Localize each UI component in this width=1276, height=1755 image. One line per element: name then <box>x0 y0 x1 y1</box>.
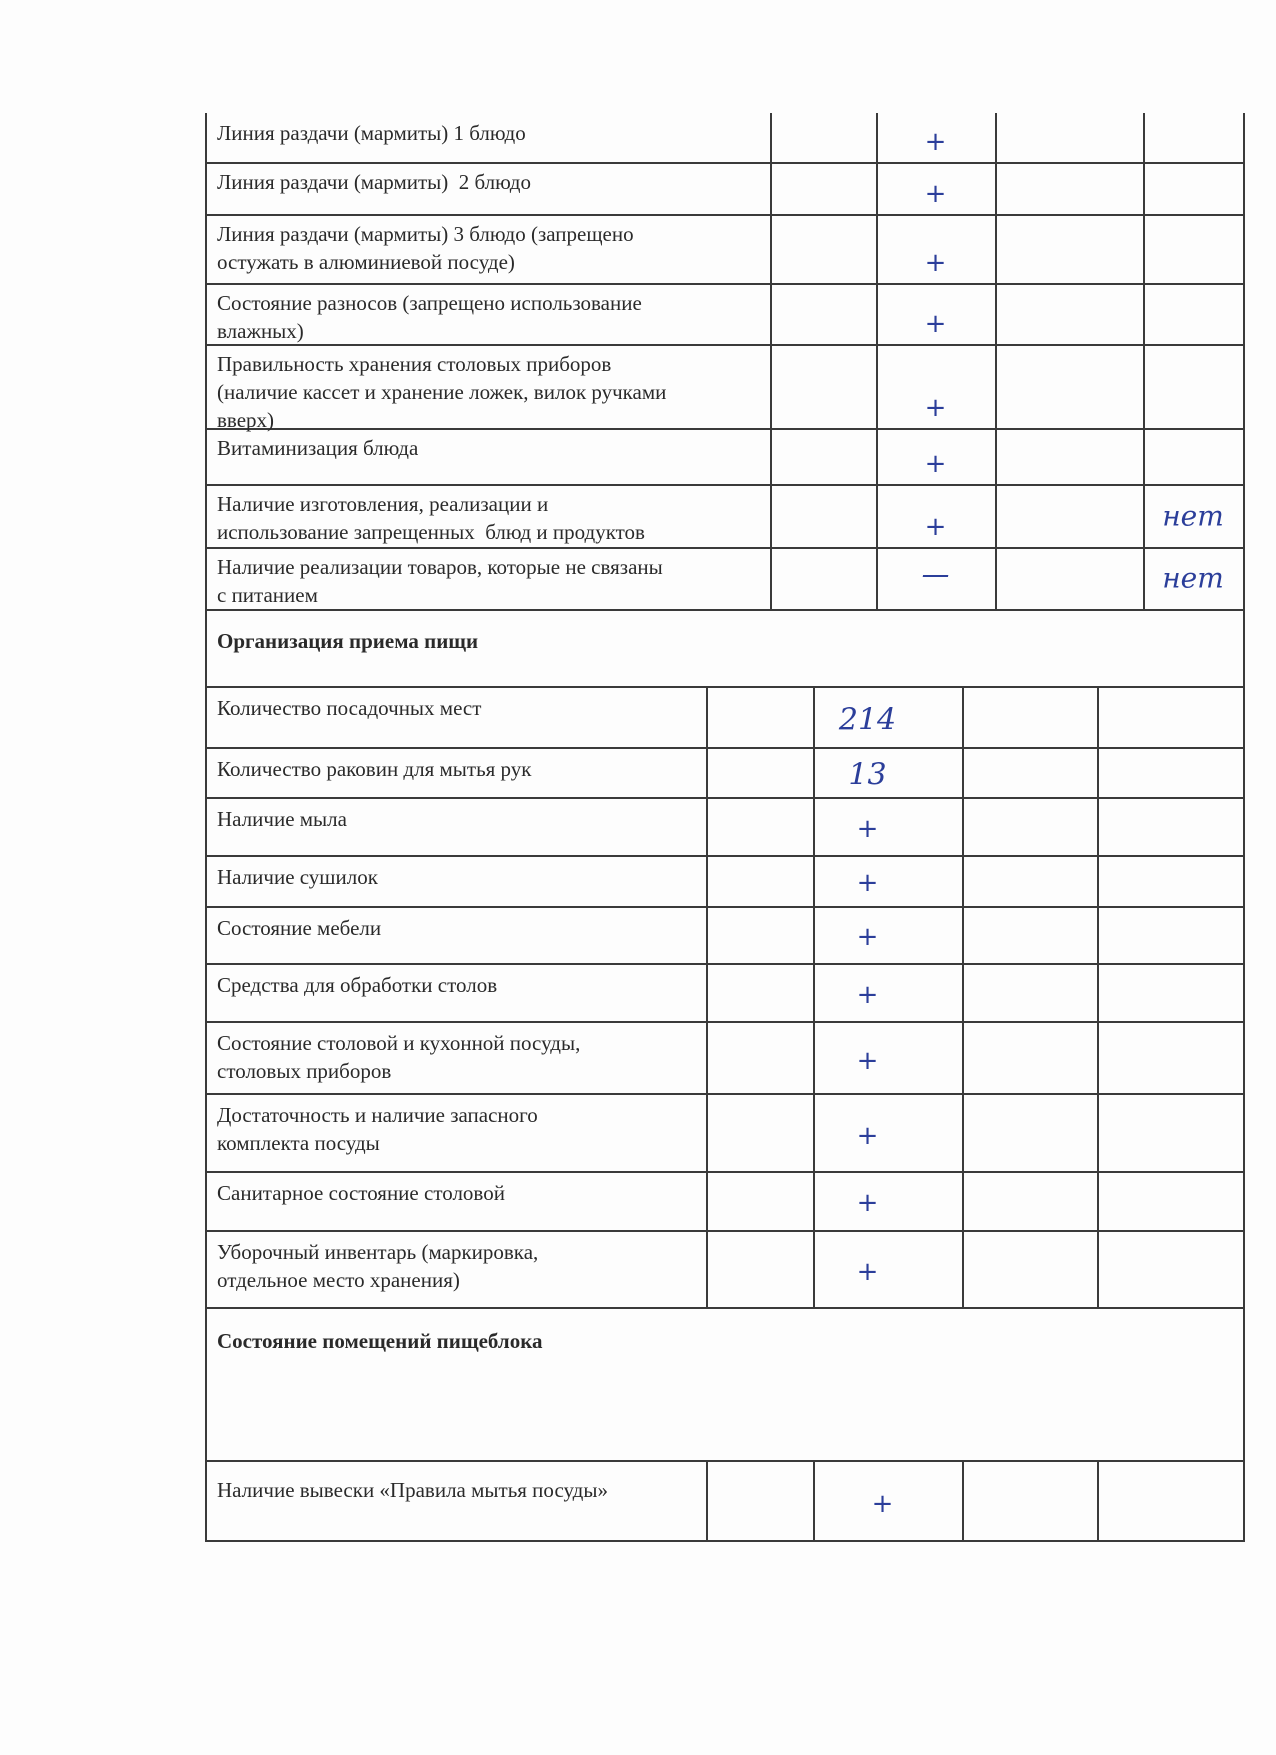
table-border <box>876 162 878 216</box>
row-label: Линия раздачи (мармиты) 2 блюдо <box>217 168 531 196</box>
table-border <box>205 1307 207 1462</box>
table-border <box>1143 214 1145 285</box>
table-border <box>1143 484 1145 549</box>
table-border <box>205 906 207 965</box>
table-border <box>205 1171 1245 1173</box>
table-border <box>962 1021 964 1095</box>
table-border <box>876 113 878 117</box>
table-border <box>205 1230 207 1309</box>
row-label: Количество посадочных мест <box>217 694 481 722</box>
table-border <box>770 214 772 285</box>
table-border <box>205 1230 1245 1232</box>
handwritten-plus-mark: + <box>925 309 947 339</box>
section-title: Состояние помещений пищеблока <box>217 1327 542 1355</box>
table-border <box>706 906 708 965</box>
table-border <box>205 547 1245 549</box>
table-border <box>205 214 1245 216</box>
table-border <box>205 1093 1245 1095</box>
table-border <box>205 1540 1245 1542</box>
table-border <box>205 484 1245 486</box>
table-border <box>205 1460 207 1542</box>
table-border <box>876 484 878 549</box>
table-border <box>995 162 997 216</box>
handwritten-plus-mark: + <box>872 1489 894 1519</box>
table-border <box>205 963 207 1023</box>
table-border <box>813 1093 815 1173</box>
table-border <box>770 113 772 117</box>
section-title: Организация приема пищи <box>217 627 478 655</box>
table-border <box>205 113 207 164</box>
table-border <box>876 428 878 486</box>
table-border <box>770 113 772 164</box>
handwritten-plus-mark: + <box>857 1046 879 1076</box>
table-border <box>1097 686 1099 749</box>
table-border <box>876 283 878 346</box>
handwritten-plus-mark: + <box>925 449 947 479</box>
table-border <box>1143 162 1145 216</box>
table-border <box>770 344 772 430</box>
table-border <box>995 344 997 430</box>
row-label: Наличие реализации товаров, которые не с… <box>217 553 663 609</box>
row-label: Наличие изготовления, реализации и испол… <box>217 490 645 546</box>
table-border <box>205 162 1245 164</box>
table-border <box>1243 162 1245 216</box>
table-border <box>205 428 207 486</box>
handwritten-plus-mark: + <box>925 179 947 209</box>
row-label: Линия раздачи (мармиты) 1 блюдо <box>217 119 526 147</box>
table-border <box>962 686 964 749</box>
table-border <box>706 1021 708 1095</box>
table-border <box>813 1171 815 1232</box>
table-border <box>1243 747 1245 799</box>
table-border <box>1097 855 1099 908</box>
table-border <box>205 113 207 117</box>
table-border <box>962 855 964 908</box>
row-label: Состояние столовой и кухонной посуды, ст… <box>217 1029 580 1085</box>
table-border <box>1243 283 1245 346</box>
row-label: Витаминизация блюда <box>217 434 418 462</box>
table-border <box>876 547 878 611</box>
table-border <box>876 344 878 430</box>
table-border <box>205 1021 1245 1023</box>
table-border <box>706 797 708 857</box>
table-border <box>770 484 772 549</box>
table-border <box>1243 609 1245 688</box>
table-border <box>1243 484 1245 549</box>
handwritten-number: 214 <box>839 702 896 737</box>
table-border <box>1243 113 1245 117</box>
row-label: Наличие вывески «Правила мытья посуды» <box>217 1476 608 1504</box>
table-border <box>770 428 772 486</box>
table-border <box>205 609 1245 611</box>
table-border <box>205 283 1245 285</box>
table-border <box>205 214 207 285</box>
table-border <box>205 547 207 611</box>
table-border <box>770 162 772 216</box>
table-border <box>1243 547 1245 611</box>
table-border <box>995 113 997 164</box>
table-border <box>706 1093 708 1173</box>
table-border <box>813 686 815 749</box>
table-border <box>1243 214 1245 285</box>
table-border <box>962 797 964 857</box>
table-border <box>813 747 815 799</box>
table-border <box>995 113 997 117</box>
handwritten-plus-mark: + <box>857 814 879 844</box>
table-border <box>205 906 1245 908</box>
table-border <box>770 283 772 346</box>
table-border <box>706 747 708 799</box>
table-border <box>205 797 207 857</box>
table-border <box>205 686 1245 688</box>
table-border <box>770 547 772 611</box>
table-border <box>813 1021 815 1095</box>
table-border <box>706 686 708 749</box>
row-label: Количество раковин для мытья рук <box>217 755 532 783</box>
table-border <box>995 283 997 346</box>
handwritten-plus-mark: + <box>857 980 879 1010</box>
table-border <box>1143 113 1145 164</box>
row-label: Состояние разносов (запрещено использова… <box>217 289 642 345</box>
table-border <box>962 1171 964 1232</box>
table-border <box>962 963 964 1023</box>
table-border <box>205 963 1245 965</box>
handwritten-plus-mark: + <box>925 512 947 542</box>
table-border <box>205 1021 207 1095</box>
handwritten-plus-mark: + <box>925 248 947 278</box>
row-label: Санитарное состояние столовой <box>217 1179 505 1207</box>
table-border <box>205 484 207 549</box>
scanned-document-page: Линия раздачи (мармиты) 1 блюдо+Линия ра… <box>0 0 1276 1755</box>
table-border <box>706 963 708 1023</box>
row-label: Достаточность и наличие запасного компле… <box>217 1101 538 1157</box>
table-border <box>876 214 878 285</box>
table-border <box>1243 428 1245 486</box>
table-border <box>813 855 815 908</box>
table-border <box>205 609 207 688</box>
table-border <box>706 1171 708 1232</box>
table-border <box>1097 1230 1099 1309</box>
table-border <box>706 1230 708 1309</box>
table-border <box>995 547 997 611</box>
handwritten-no-mark: нет <box>1162 499 1224 532</box>
table-border <box>962 747 964 799</box>
table-border <box>1097 1093 1099 1173</box>
handwritten-plus-mark: + <box>857 868 879 898</box>
table-border <box>1243 1460 1245 1542</box>
row-label: Состояние мебели <box>217 914 381 942</box>
table-border <box>1243 797 1245 857</box>
table-border <box>205 855 207 908</box>
table-border <box>1097 1460 1099 1542</box>
table-border <box>813 906 815 965</box>
table-border <box>962 1230 964 1309</box>
table-border <box>706 1460 708 1542</box>
handwritten-plus-mark: + <box>857 1188 879 1218</box>
table-border <box>876 113 878 164</box>
handwritten-number: 13 <box>848 757 886 792</box>
table-border <box>1097 1171 1099 1232</box>
row-label: Уборочный инвентарь (маркировка, отдельн… <box>217 1238 538 1294</box>
table-border <box>995 428 997 486</box>
table-border <box>205 1093 207 1173</box>
table-border <box>1243 855 1245 908</box>
table-border <box>205 1171 207 1232</box>
handwritten-dash-mark: — <box>922 558 950 591</box>
table-border <box>962 1093 964 1173</box>
table-border <box>205 747 1245 749</box>
table-border <box>205 344 207 430</box>
table-border <box>1097 1021 1099 1095</box>
table-border <box>1097 797 1099 857</box>
table-border <box>813 1230 815 1309</box>
table-border <box>813 1460 815 1542</box>
handwritten-plus-mark: + <box>925 393 947 423</box>
handwritten-plus-mark: + <box>925 127 947 157</box>
table-border <box>1243 963 1245 1023</box>
table-border <box>1143 547 1145 611</box>
table-border <box>1243 1093 1245 1173</box>
table-border <box>205 797 1245 799</box>
table-border <box>706 855 708 908</box>
table-border <box>1143 428 1145 486</box>
table-border <box>1243 1171 1245 1232</box>
row-label: Средства для обработки столов <box>217 971 497 999</box>
table-border <box>995 214 997 285</box>
table-border <box>205 686 207 749</box>
handwritten-plus-mark: + <box>857 1257 879 1287</box>
row-label: Правильность хранения столовых приборов … <box>217 350 666 434</box>
table-border <box>813 963 815 1023</box>
table-border <box>1243 344 1245 430</box>
table-border <box>1143 113 1145 117</box>
table-border <box>813 797 815 857</box>
table-border <box>1143 283 1145 346</box>
table-border <box>205 1307 1245 1309</box>
table-border <box>205 747 207 799</box>
table-border <box>205 283 207 346</box>
table-border <box>205 855 1245 857</box>
table-border <box>962 906 964 965</box>
table-border <box>962 1460 964 1542</box>
handwritten-plus-mark: + <box>857 922 879 952</box>
table-border <box>1243 113 1245 164</box>
row-label: Линия раздачи (мармиты) 3 блюдо (запреще… <box>217 220 634 276</box>
row-label: Наличие сушилок <box>217 863 378 891</box>
table-border <box>1097 747 1099 799</box>
row-label: Наличие мыла <box>217 805 347 833</box>
table-border <box>1243 906 1245 965</box>
table-border <box>1097 963 1099 1023</box>
table-border <box>205 162 207 216</box>
table-border <box>995 484 997 549</box>
table-border <box>1243 1230 1245 1309</box>
table-border <box>205 1460 1245 1462</box>
table-border <box>1243 1021 1245 1095</box>
table-border <box>1243 686 1245 749</box>
table-border <box>1143 344 1145 430</box>
table-border <box>1243 1307 1245 1462</box>
handwritten-plus-mark: + <box>857 1121 879 1151</box>
handwritten-no-mark: нет <box>1162 562 1224 595</box>
table-border <box>1097 906 1099 965</box>
